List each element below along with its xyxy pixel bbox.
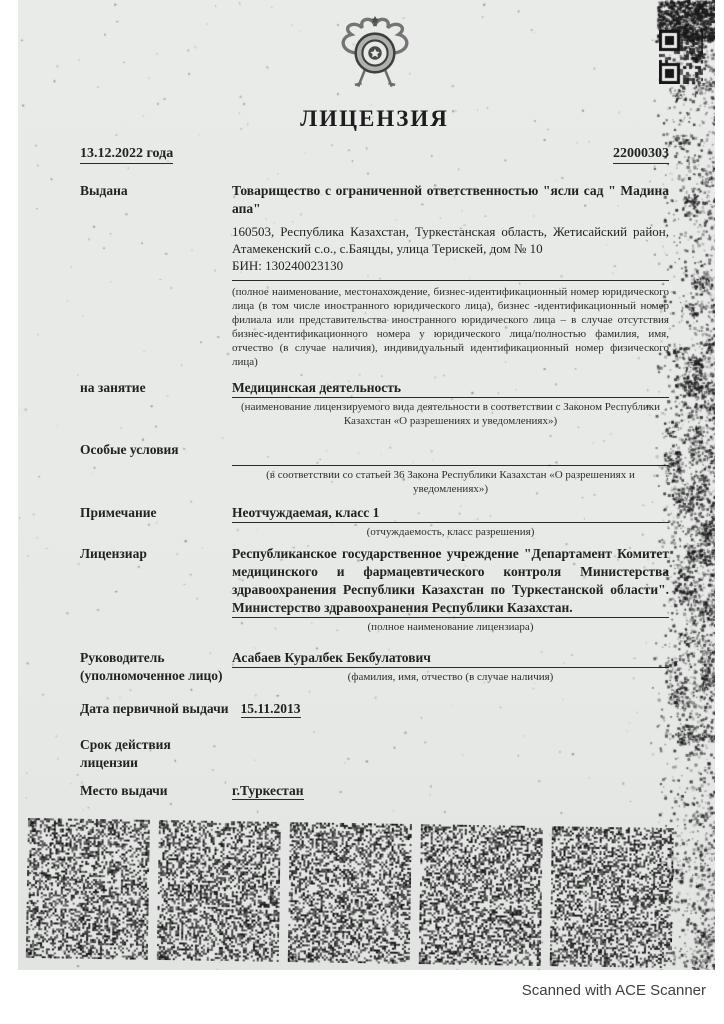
scanner-footer: Scanned with ACE Scanner xyxy=(0,974,724,1024)
note-row: Примечание Неотчуждаемая, класс 1 (отчуж… xyxy=(80,504,669,539)
matrix-barcode-block xyxy=(157,820,281,962)
licensee-bin: БИН: 130240023130 xyxy=(232,258,669,275)
head-value: Асабаев Куралбек Бекбулатович xyxy=(232,649,669,668)
head-caption: (фамилия, имя, отчество (в случае наличи… xyxy=(232,670,669,684)
first-issue-label: Дата первичной выдачи xyxy=(80,700,229,718)
validity-label-line2: лицензии xyxy=(80,754,232,772)
issued-to-label: Выдана xyxy=(80,182,232,369)
note-label: Примечание xyxy=(80,504,232,539)
special-conditions-value xyxy=(232,441,669,466)
special-conditions-caption: (в соответствии со статьей 36 Закона Рес… xyxy=(232,468,669,497)
place-row: Место выдачи г.Туркестан xyxy=(80,782,669,800)
activity-caption: (наименование лицензируемого вида деятел… xyxy=(232,400,669,429)
first-issue-date: 15.11.2013 xyxy=(241,701,301,718)
issued-to-caption: (полное наименование, местонахождение, б… xyxy=(232,280,669,369)
licensor-label: Лицензиар xyxy=(80,545,232,634)
kazakhstan-emblem-icon xyxy=(333,14,417,92)
place-value: г.Туркестан xyxy=(232,783,304,800)
validity-label-line1: Срок действия xyxy=(80,736,232,754)
validity-label: Срок действия лицензии xyxy=(80,736,232,772)
matrix-barcode-row xyxy=(26,818,674,968)
scanner-note: Scanned with ACE Scanner xyxy=(522,982,706,999)
place-label: Место выдачи xyxy=(80,782,232,800)
head-label-line1: Руководитель xyxy=(80,649,232,667)
validity-row: Срок действия лицензии xyxy=(80,736,669,772)
special-conditions-row: Особые условия (в соответствии со статье… xyxy=(80,441,669,497)
matrix-barcode-block xyxy=(288,822,412,964)
issue-date: 13.12.2022 года xyxy=(80,146,173,164)
licensor-value: Республиканское государственное учрежден… xyxy=(232,545,669,618)
first-issue-row: Дата первичной выдачи 15.11.2013 xyxy=(80,700,669,718)
matrix-barcode-block xyxy=(550,826,674,968)
head-label-line2: (уполномоченное лицо) xyxy=(80,667,232,685)
document-title: ЛИЦЕНЗИЯ xyxy=(80,106,669,132)
matrix-barcode-block xyxy=(419,824,543,966)
issued-to-row: Выдана Товарищество с ограниченной ответ… xyxy=(80,182,669,369)
licensor-caption: (полное наименование лицензиара) xyxy=(232,620,669,634)
head-label: Руководитель (уполномоченное лицо) xyxy=(80,649,232,685)
activity-value: Медицинская деятельность xyxy=(232,379,669,398)
licensee-address: 160503, Республика Казахстан, Туркестанс… xyxy=(232,224,669,258)
activity-label: на занятие xyxy=(80,379,232,429)
head-row: Руководитель (уполномоченное лицо) Асаба… xyxy=(80,649,669,685)
matrix-barcode-block xyxy=(26,818,150,960)
qr-code-icon xyxy=(659,30,703,84)
note-caption: (отчуждаемость, класс разрешения) xyxy=(232,525,669,539)
date-number-row: 13.12.2022 года 22000303 xyxy=(80,146,669,164)
special-conditions-label: Особые условия xyxy=(80,441,232,497)
licensor-row: Лицензиар Республиканское государственно… xyxy=(80,545,669,634)
license-scanned-page: ЛИЦЕНЗИЯ 13.12.2022 года 22000303 Выдана… xyxy=(18,0,715,970)
licensee-name: Товарищество с ограниченной ответственно… xyxy=(232,182,669,218)
activity-row: на занятие Медицинская деятельность (наи… xyxy=(80,379,669,429)
note-value: Неотчуждаемая, класс 1 xyxy=(232,504,669,523)
license-number: 22000303 xyxy=(613,146,669,164)
